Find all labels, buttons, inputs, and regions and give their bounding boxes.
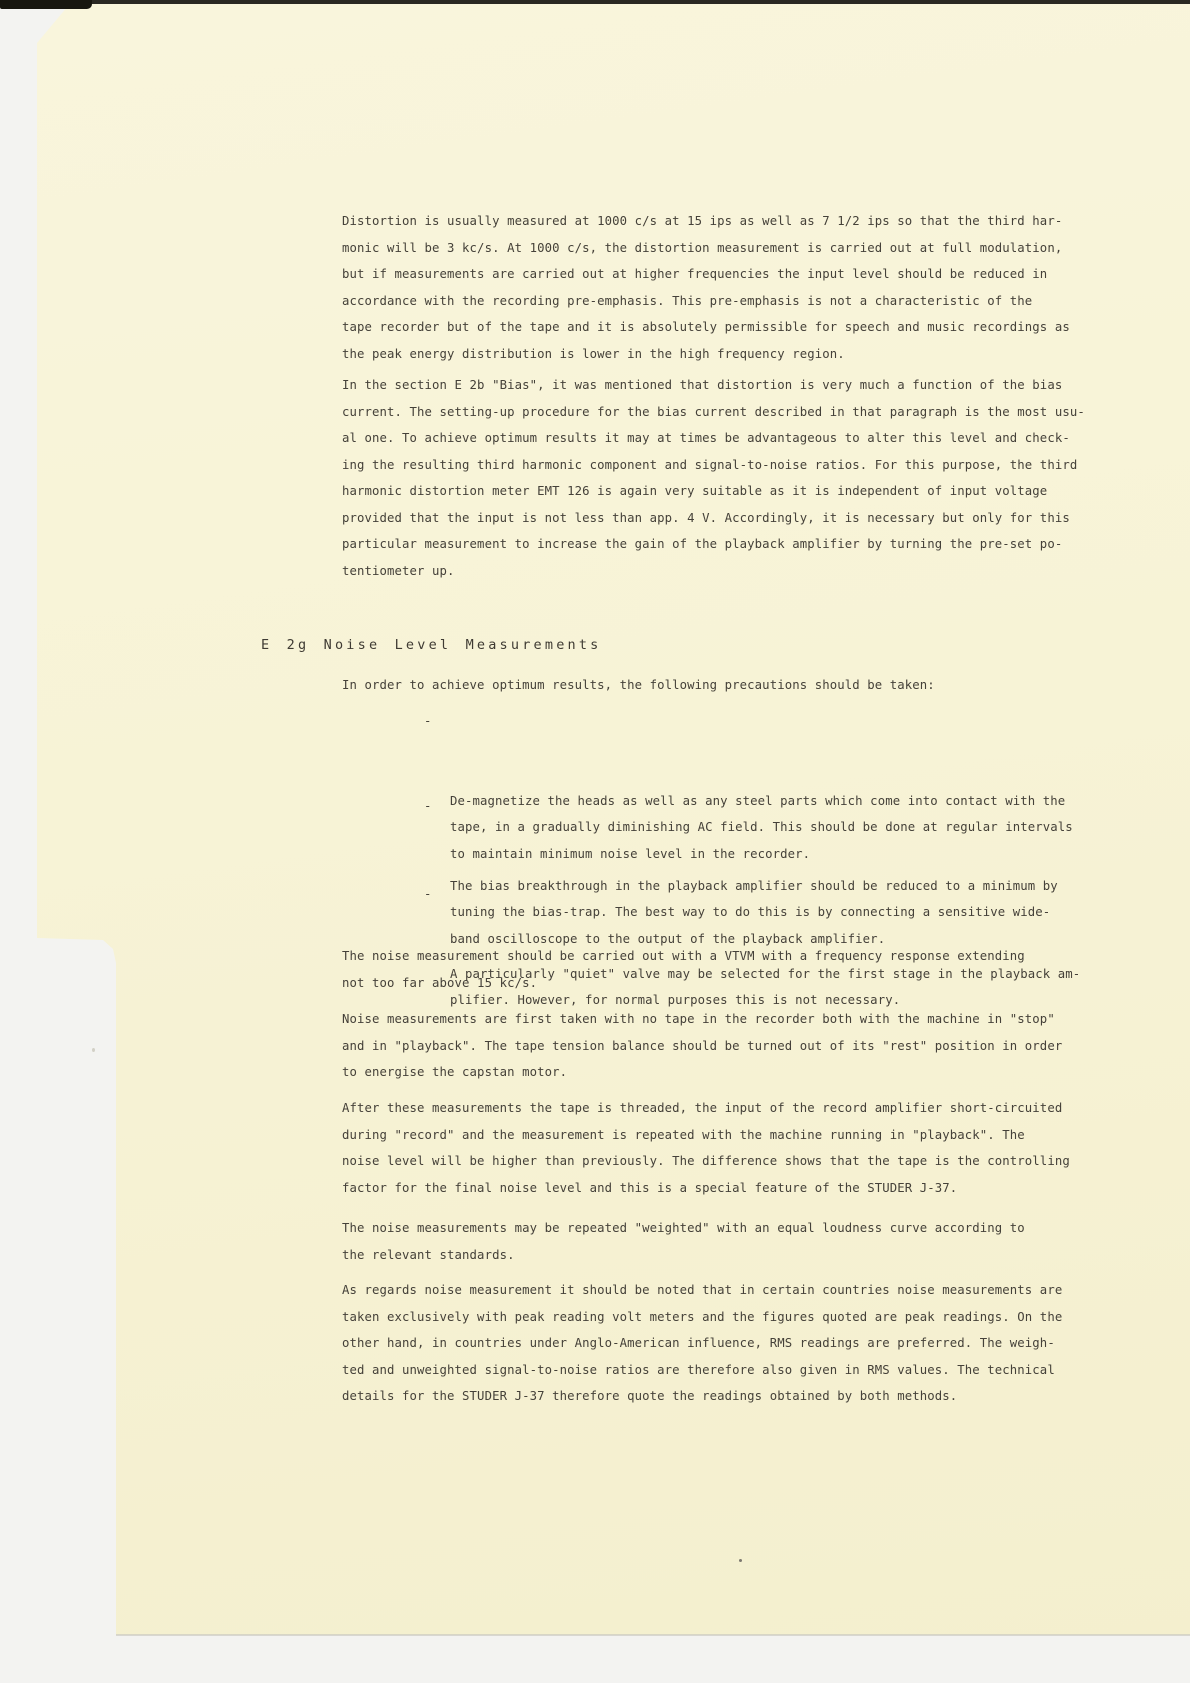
scan-edge-strip (0, 0, 1190, 4)
paragraph-rms-vs-peak: As regards noise measurement it should b… (342, 1277, 1062, 1410)
scan-speck (92, 1048, 95, 1052)
bullet-dash: - (424, 881, 432, 908)
paragraph-bias-section: In the section E 2b "Bias", it was menti… (342, 372, 1085, 584)
scan-speck (739, 1559, 742, 1562)
scan-edge-strip-corner (0, 0, 92, 9)
paragraph-weighted-curve: The noise measurements may be repeated "… (342, 1215, 1025, 1268)
paragraph-noise-measurements-no-tape: Noise measurements are first taken with … (342, 1006, 1062, 1086)
paragraph-tape-threaded: After these measurements the tape is thr… (342, 1095, 1070, 1201)
paragraph-distortion-measurement: Distortion is usually measured at 1000 c… (342, 208, 1070, 367)
paper-bottom-edge-shadow (116, 1634, 1190, 1636)
scanned-document-page: Distortion is usually measured at 1000 c… (0, 0, 1190, 1683)
section-heading-noise-level-measurements: E 2g Noise Level Measurements (261, 632, 602, 659)
bullet-dash: - (424, 708, 432, 735)
section-lead-line: In order to achieve optimum results, the… (342, 672, 935, 699)
paragraph-vtvm: The noise measurement should be carried … (342, 943, 1025, 996)
bullet-dash: - (424, 793, 432, 820)
